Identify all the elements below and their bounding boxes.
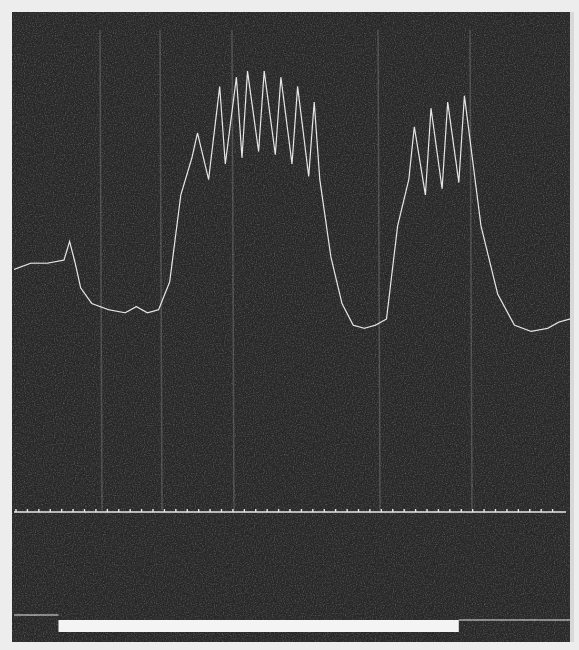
grain-texture	[12, 12, 570, 642]
kymograph-chart	[0, 0, 579, 650]
